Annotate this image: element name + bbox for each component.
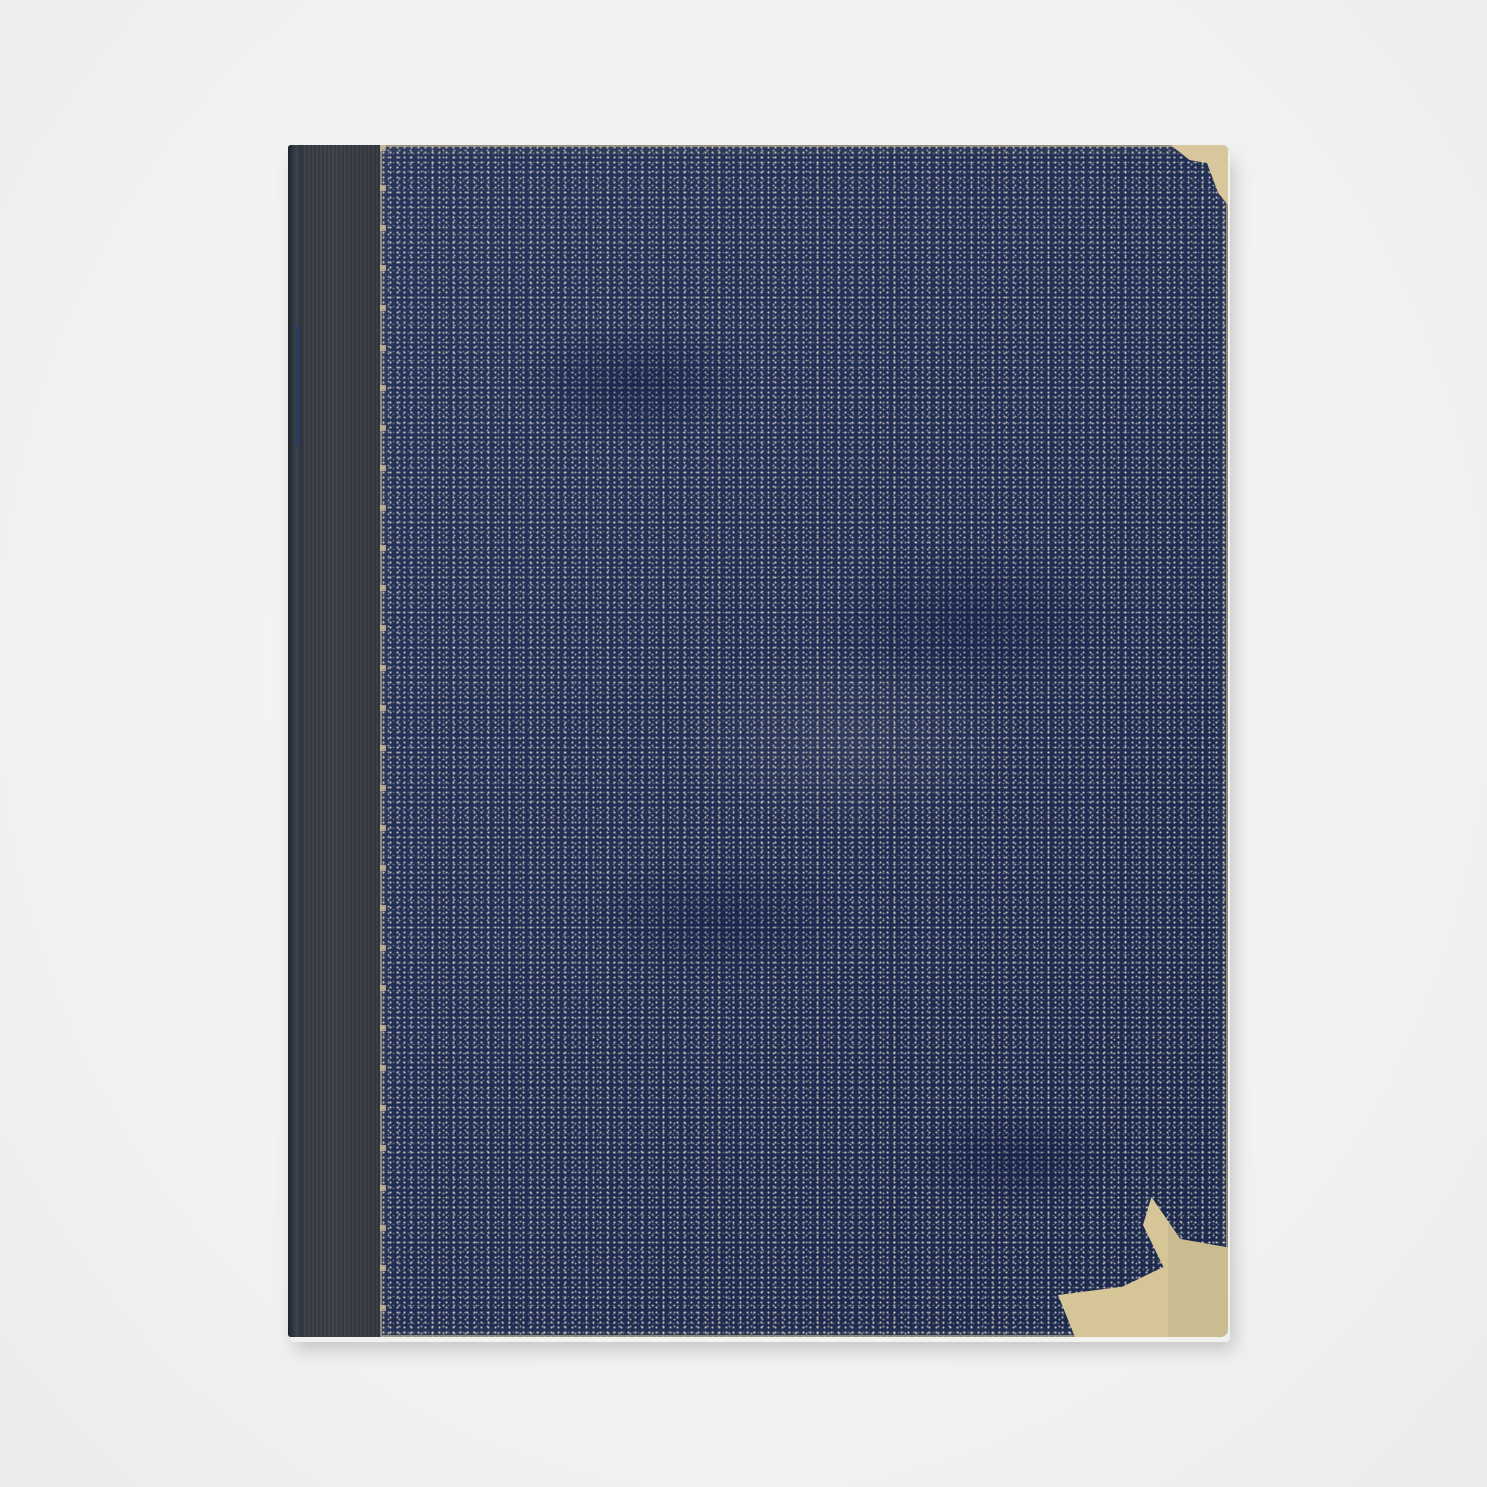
marbled-cover: [380, 145, 1228, 1337]
spine-edge: [288, 145, 302, 1337]
notebook: [288, 145, 1228, 1337]
book-spine: [288, 145, 380, 1337]
cover-edge-wear: [380, 145, 386, 1337]
cover-mottling: [380, 145, 1228, 1337]
